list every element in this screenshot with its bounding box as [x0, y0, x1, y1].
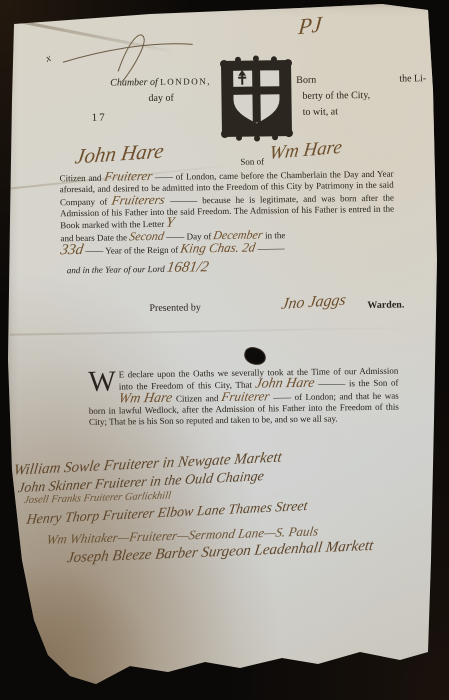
year-prefix: 17 [92, 112, 107, 124]
chamber-of-label: Chamber of LONDON, [110, 76, 211, 88]
reign-dash-text: ——— [258, 243, 285, 253]
declaration-company-hand: Fruiterer [221, 390, 271, 402]
document-paper: x PJ Chamber of LONDON, day of 17 [0, 0, 449, 700]
patrimony-clause: Citizen and Fruiterer —— of London, came… [59, 167, 394, 277]
reign-mid-text: —— Year of the Reign of [85, 245, 178, 256]
company-plural-hand: Fruiterers [111, 194, 166, 206]
to-wit-text: to wit, at [303, 106, 338, 117]
london-text: LONDON, [160, 76, 211, 87]
warden-signature: Jno Jaggs [280, 292, 347, 314]
warden-label: Warden. [367, 299, 404, 311]
freeman-name: John Hare [74, 138, 166, 169]
date-day-hand: Second [128, 230, 165, 243]
lord-year-label: and in the Year of our Lord [67, 264, 165, 275]
declaration-mid2-text: Citizen and [176, 393, 219, 404]
reign-year-hand: 33d [60, 244, 84, 256]
day-of-label: day of [148, 93, 173, 104]
chamber-of-text: Chamber of [110, 77, 158, 89]
body-pre-text: Citizen and [60, 173, 102, 184]
book-letter-hand: Y [166, 218, 176, 229]
oath-declaration: W E declare upon the Oaths we severally … [88, 366, 399, 428]
clerk-flourish-mark [57, 22, 198, 84]
born-liberty-line: Born the Li- [296, 73, 426, 86]
company-name-hand: Fruiterer [103, 170, 153, 182]
monarch-hand: King Chas. 2d [180, 242, 257, 255]
photo-background: x PJ Chamber of LONDON, day of 17 [0, 0, 449, 700]
monogram-mark: PJ [297, 11, 322, 40]
born-text: Born [296, 75, 316, 86]
lord-year-hand: 1681/2 [166, 261, 210, 274]
city-of-london-crest [218, 53, 295, 144]
presented-by-label: Presented by [149, 302, 201, 314]
son-of-label: Son of [240, 156, 264, 166]
declaration-initial: W [88, 370, 116, 394]
declaration-mid1-text: ——— is the Son of [318, 378, 398, 389]
date-post-text: in the [265, 230, 285, 240]
liberty-text-2: berty of the City, [302, 90, 370, 102]
paper-hole [242, 345, 267, 367]
clerk-cross-mark: x [44, 52, 53, 65]
declaration-father-hand: Wm Hare [118, 393, 173, 405]
liberty-text-1: the Li- [399, 73, 426, 84]
body-post-text: ——— because he is legitimate, and was bo… [60, 193, 394, 231]
